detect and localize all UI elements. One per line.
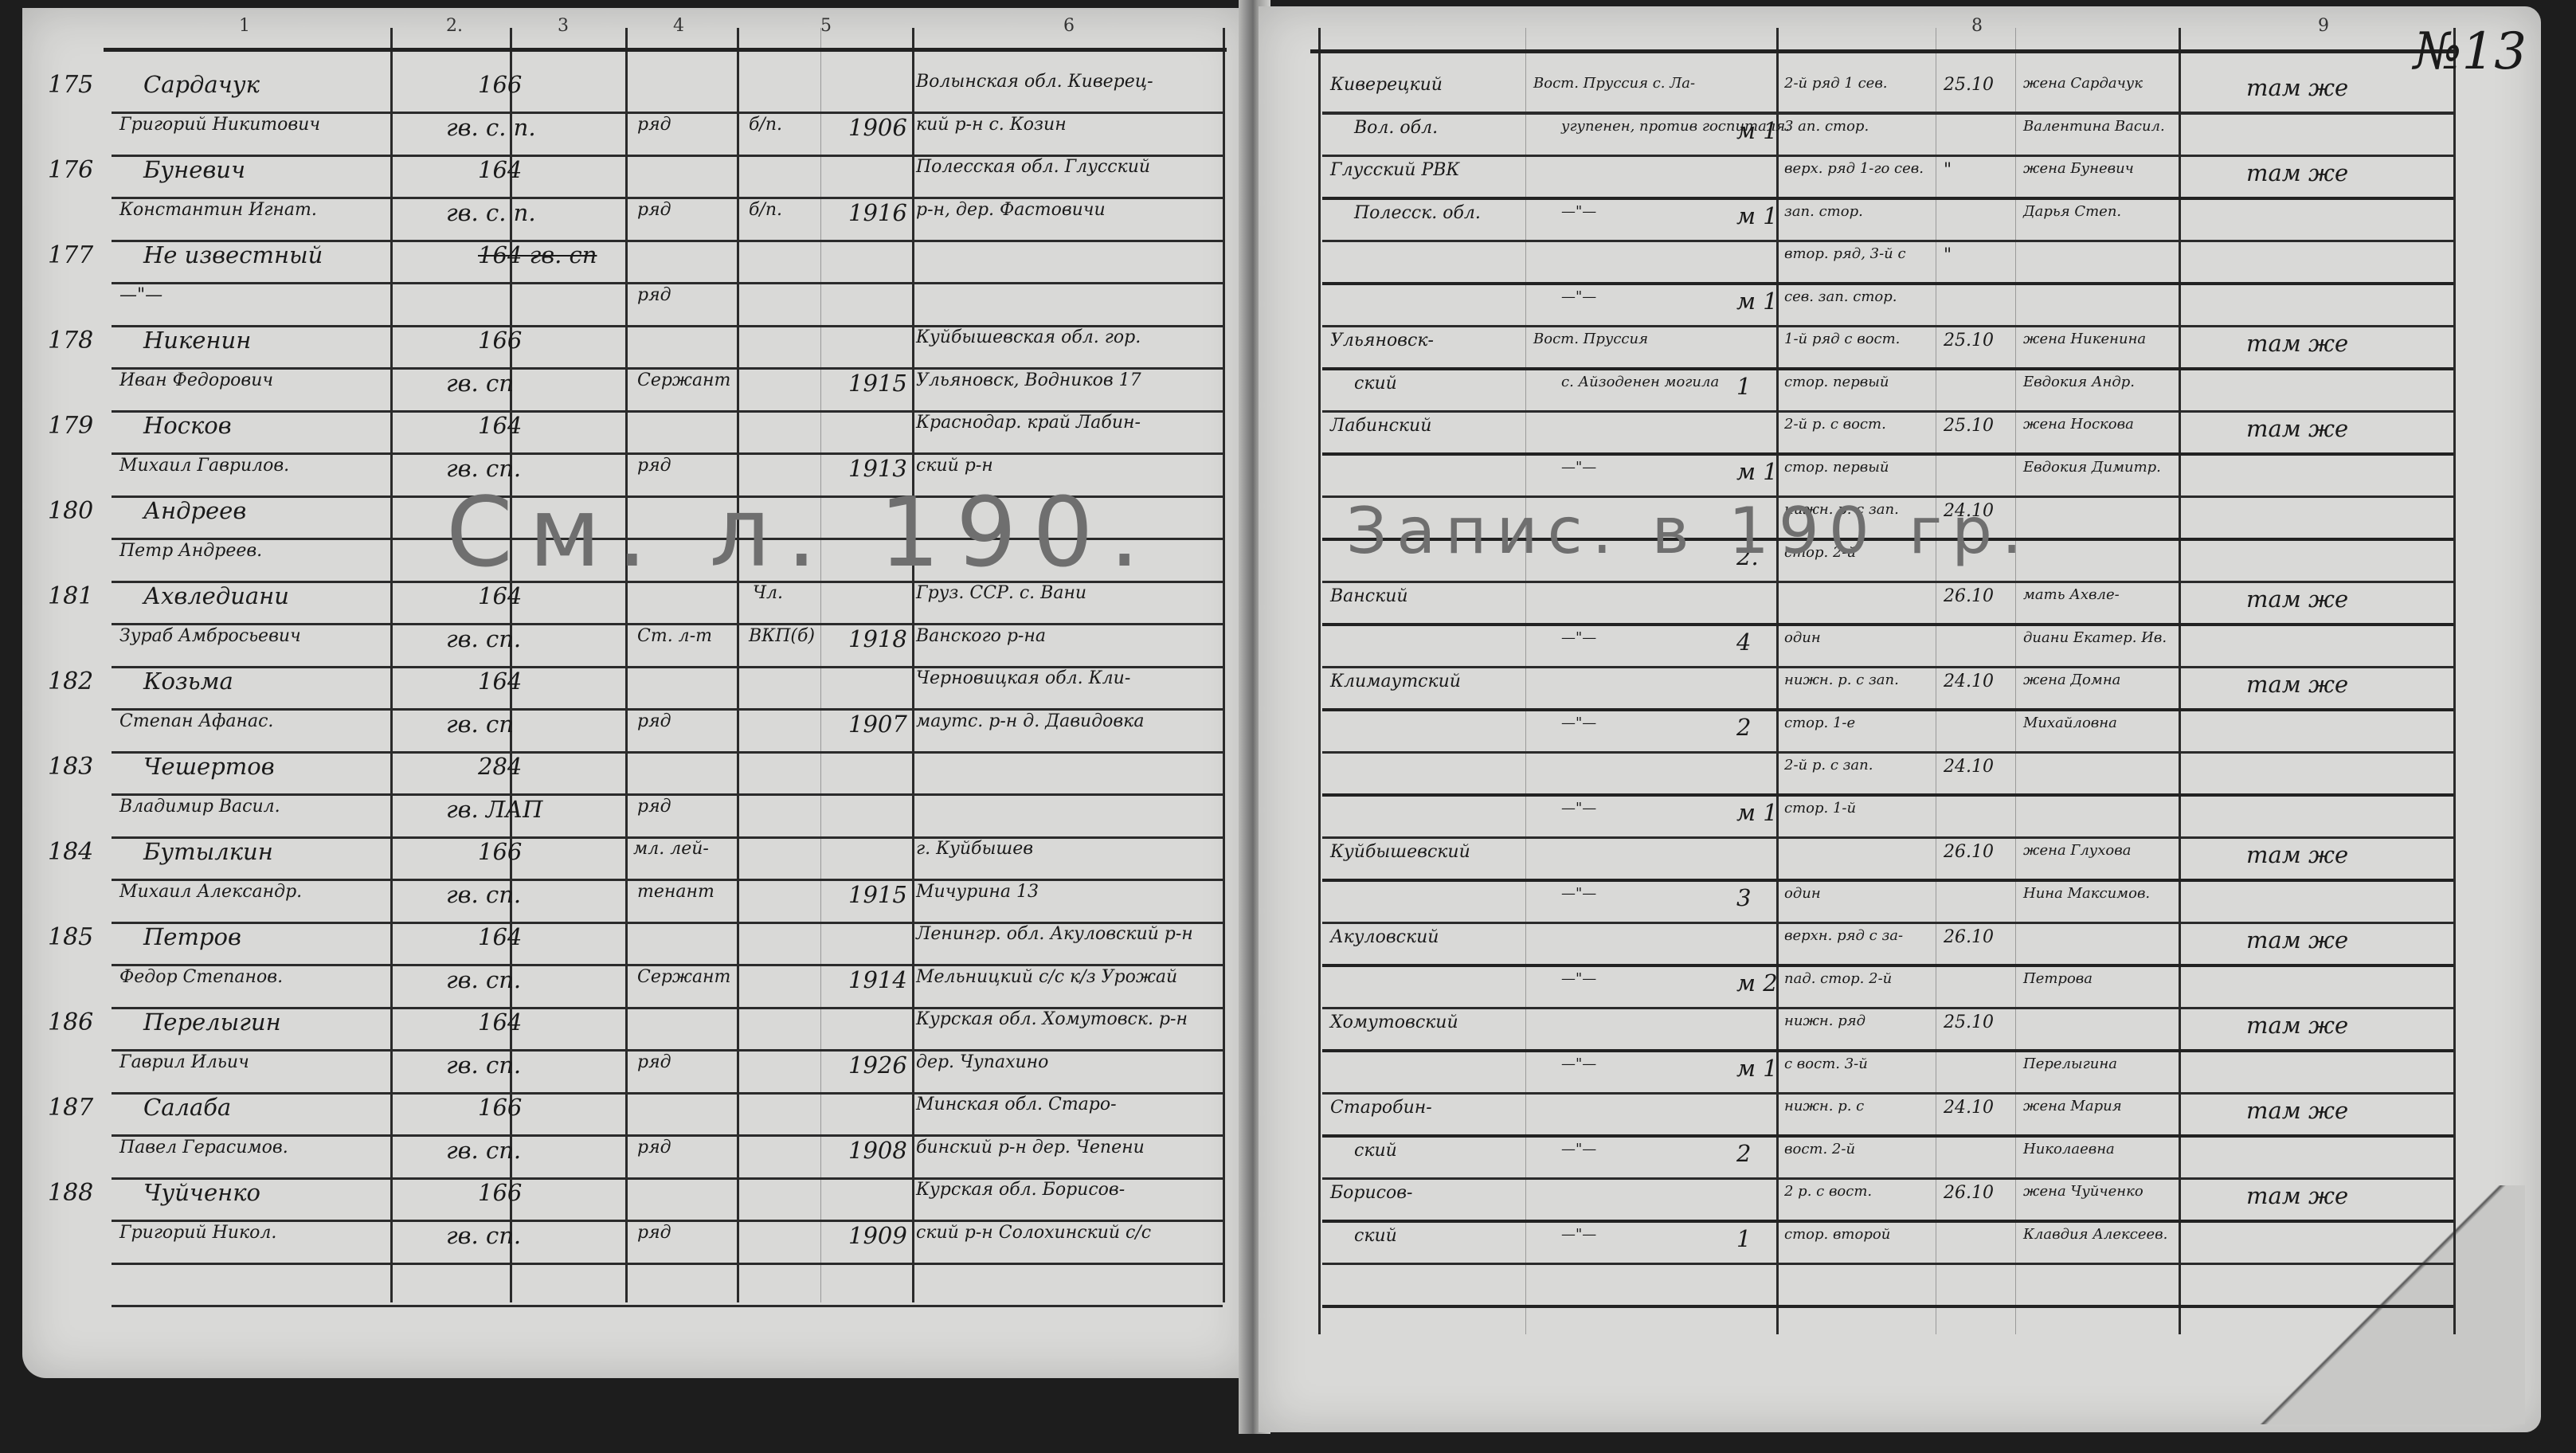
- unit-number: 164: [478, 670, 522, 693]
- military-commissariat: Климаутский: [1330, 673, 1461, 691]
- next-of-kin-line-1: жена Никенина: [2023, 332, 2146, 347]
- grave-number: 1: [1736, 375, 1751, 398]
- grave-number: 2: [1736, 716, 1751, 739]
- unit-number: 166: [478, 1181, 522, 1204]
- row-rule: [112, 751, 1223, 754]
- birth-year: 1908: [848, 1139, 907, 1162]
- burial-place-line-2: —"—: [1561, 631, 1596, 645]
- birthplace-line-2: Мичурина 13: [916, 883, 1039, 901]
- next-of-kin-line-1: жена Чуйченко: [2023, 1185, 2143, 1199]
- military-rank: ряд: [637, 713, 671, 730]
- grave-row-line-1: верх. ряд 1-го сев.: [1784, 162, 1924, 176]
- column-subdivider: [1936, 28, 1936, 1334]
- record-number: 183: [48, 755, 93, 779]
- military-rank: ряд: [637, 457, 671, 475]
- grave-row-line-1: 1-й ряд с вост.: [1784, 332, 1900, 347]
- record-number: 179: [48, 414, 93, 438]
- grave-row-line-1: верхн. ряд с за-: [1784, 929, 1903, 943]
- military-commissariat: Акуловский: [1330, 929, 1439, 946]
- next-of-kin-line-1: жена Мария: [2023, 1099, 2122, 1114]
- birth-year: 1926: [848, 1054, 907, 1077]
- party-membership: ВКП(б): [749, 628, 815, 645]
- next-of-kin-line-1: жена Сардачук: [2023, 76, 2143, 91]
- unit-type: гв. с. п.: [446, 202, 536, 225]
- record-number: 182: [48, 670, 93, 694]
- next-of-kin-line-2: Клавдия Алексеев.: [2023, 1228, 2167, 1242]
- record-number: 185: [48, 926, 93, 950]
- column-divider: [2453, 28, 2456, 1334]
- surname: Козьма: [143, 670, 233, 693]
- military-rank: тенант: [637, 883, 714, 901]
- row-rule: [1322, 1220, 2453, 1223]
- military-rank: Сержант: [637, 969, 730, 986]
- row-rule: [1322, 666, 2453, 668]
- commissariat-line-2: Вол. обл.: [1354, 119, 1438, 137]
- burial-place-line-2: —"—: [1561, 460, 1596, 475]
- row-rule: [1322, 836, 2453, 839]
- unit-number: 166: [478, 840, 522, 864]
- row-rule: [1322, 751, 2453, 754]
- military-commissariat: Лабинский: [1330, 417, 1431, 435]
- next-of-kin-line-1: жена Домна: [2023, 673, 2120, 687]
- burial-place-line-2: —"—: [1561, 290, 1596, 304]
- column-divider: [1318, 28, 1321, 1334]
- burial-place-line-2: —"—: [1561, 972, 1596, 986]
- birthplace-line-2: дер. Чупахино: [916, 1054, 1048, 1071]
- birth-year: 1914: [848, 969, 907, 992]
- grave-row-line-2: стор. второй: [1784, 1228, 1890, 1242]
- next-of-kin-line-2: Перелыгина: [2023, 1057, 2117, 1071]
- birth-year: 1915: [848, 372, 907, 395]
- unit-number: 164: [478, 159, 522, 182]
- unit-type: гв. ЛАП: [446, 798, 542, 821]
- row-rule: [112, 367, 1223, 370]
- remarks: там же: [2246, 588, 2348, 611]
- burial-place-line-1: Вост. Пруссия с. Ла-: [1533, 76, 1695, 91]
- row-rule: [112, 112, 1223, 114]
- burial-date: 24.10: [1944, 758, 1994, 776]
- unit-type: гв. сп.: [446, 969, 521, 992]
- surname: Чуйченко: [143, 1181, 260, 1204]
- grave-row-line-2: зап. стор.: [1784, 205, 1863, 219]
- column-header-number: 8: [1971, 16, 1983, 36]
- next-of-kin-line-2: Дарья Степ.: [2023, 205, 2121, 219]
- grave-number: м 1: [1736, 1057, 1778, 1080]
- grave-row-line-1: втор. ряд, 3-й с: [1784, 247, 1906, 261]
- row-rule: [1322, 282, 2453, 285]
- given-name-patronymic: —"—: [119, 287, 162, 304]
- birth-year: 1907: [848, 713, 907, 736]
- birthplace-line-1: Минская обл. Старо-: [916, 1096, 1117, 1114]
- surname: Носков: [143, 414, 232, 437]
- column-divider: [2179, 28, 2181, 1334]
- grave-row-line-1: 2-й р. с вост.: [1784, 417, 1886, 432]
- surname: Не известный: [143, 244, 323, 267]
- row-rule: [112, 282, 1223, 284]
- row-rule: [112, 623, 1223, 625]
- grave-row-line-2: стор. первый: [1784, 375, 1889, 390]
- header-rule: [1310, 49, 2457, 53]
- unit-type: гв. сп.: [446, 1139, 521, 1162]
- row-rule: [1322, 1092, 2453, 1095]
- grave-row-line-1: 2-й р. с зап.: [1784, 758, 1873, 773]
- birth-year: 1909: [848, 1224, 907, 1247]
- row-rule: [112, 197, 1223, 199]
- grave-row-line-1: 2 р. с вост.: [1784, 1185, 1872, 1199]
- unit-number: 166: [478, 73, 522, 96]
- row-rule: [1322, 708, 2453, 711]
- military-rank: ряд: [637, 1054, 671, 1071]
- burial-date: 26.10: [1944, 929, 1994, 946]
- unit-number: 164 гв. сп: [478, 244, 597, 267]
- grave-row-line-2: один: [1784, 887, 1821, 901]
- given-name-patronymic: Константин Игнат.: [119, 202, 317, 219]
- next-of-kin-line-2: Евдокия Андр.: [2023, 375, 2135, 390]
- remarks: там же: [2246, 673, 2348, 696]
- military-rank: ряд: [637, 1139, 671, 1157]
- grave-row-line-2: с вост. 3-й: [1784, 1057, 1868, 1071]
- birthplace-line-2: Мельницкий с/с к/з Урожай: [916, 969, 1177, 986]
- grave-number: м 1: [1736, 460, 1778, 484]
- unit-type: гв. сп: [446, 372, 514, 395]
- grave-row-line-2: пад. стор. 2-й: [1784, 972, 1892, 986]
- record-number: 177: [48, 244, 93, 268]
- row-rule: [1322, 1177, 2453, 1180]
- grave-number: 2: [1736, 1142, 1751, 1165]
- grave-number: м 1: [1736, 119, 1778, 143]
- column-subdivider: [2015, 28, 2016, 1334]
- burial-date: 25.10: [1944, 332, 1994, 350]
- pencil-crossref-note: См. л. 190.: [446, 478, 1156, 589]
- birthplace-line-1: Куйбышевская обл. гор.: [916, 329, 1141, 347]
- next-of-kin-line-2: Евдокия Димитр.: [2023, 460, 2161, 475]
- unit-number: 164: [478, 926, 522, 949]
- birth-year: 1918: [848, 628, 907, 651]
- birthplace-line-2: р-н, дер. Фастовичи: [916, 202, 1106, 219]
- burial-date: 26.10: [1944, 1185, 1994, 1202]
- grave-row-line-1: нижн. ряд: [1784, 1014, 1865, 1028]
- burial-place-line-2: —"—: [1561, 1057, 1596, 1071]
- given-name-patronymic: Степан Афанас.: [119, 713, 273, 730]
- unit-number: 164: [478, 414, 522, 437]
- grave-row-line-2: стор. первый: [1784, 460, 1889, 475]
- grave-row-line-2: сев. зап. стор.: [1784, 290, 1897, 304]
- grave-row-line-1: 2-й ряд 1 сев.: [1784, 76, 1888, 91]
- surname: Буневич: [143, 159, 245, 182]
- birthplace-line-2: ский р-н: [916, 457, 993, 475]
- unit-number: 164: [478, 1011, 522, 1034]
- burial-date: 25.10: [1944, 1014, 1994, 1032]
- surname: Чешертов: [143, 755, 275, 778]
- commissariat-line-2: ский: [1354, 1142, 1397, 1160]
- birthplace-line-1: Ленингр. обл. Акуловский р-н: [916, 926, 1193, 943]
- surname: Петров: [143, 926, 241, 949]
- column-header-number: 2.: [446, 16, 463, 36]
- given-name-patronymic: Гаврил Ильич: [119, 1054, 249, 1071]
- grave-row-line-2: стор. 1-е: [1784, 716, 1855, 730]
- given-name-patronymic: Григорий Никол.: [119, 1224, 276, 1242]
- birthplace-line-1: Полесская обл. Глусский: [916, 159, 1150, 176]
- unit-number: 284: [478, 755, 522, 778]
- remarks: там же: [2246, 1099, 2348, 1122]
- column-header-number: 6: [1063, 16, 1075, 36]
- burial-place-line-2: —"—: [1561, 1142, 1596, 1157]
- record-number: 184: [48, 840, 93, 864]
- column-subdivider: [1525, 28, 1526, 1334]
- rank-line-1: мл. лей-: [633, 840, 709, 858]
- surname: Перелыгин: [143, 1011, 281, 1034]
- given-name-patronymic: Григорий Никитович: [119, 116, 320, 134]
- row-rule: [1322, 922, 2453, 924]
- party-membership: б/п.: [749, 116, 782, 134]
- row-rule: [1322, 452, 2453, 456]
- given-name-patronymic: Михаил Александр.: [119, 883, 302, 901]
- given-name-patronymic: Зураб Амбросьевич: [119, 628, 301, 645]
- military-commissariat: Старобин-: [1330, 1099, 1432, 1117]
- birthplace-line-2: кий р-н с. Козин: [916, 116, 1067, 134]
- military-commissariat: Хомутовский: [1330, 1014, 1458, 1032]
- birth-year: 1906: [848, 116, 907, 139]
- military-commissariat: Борисов-: [1330, 1185, 1412, 1202]
- row-rule: [1322, 367, 2453, 370]
- next-of-kin-line-1: жена Глухова: [2023, 844, 2131, 858]
- row-rule: [1322, 112, 2453, 115]
- birthplace-line-2: бинский р-н дер. Чепени: [916, 1139, 1145, 1157]
- birthplace-line-1: Черновицкая обл. Кли-: [916, 670, 1130, 687]
- remarks: там же: [2246, 332, 2348, 355]
- given-name-patronymic: Михаил Гаврилов.: [119, 457, 289, 475]
- next-of-kin-line-2: Николаевна: [2023, 1142, 2115, 1157]
- grave-row-line-2: один: [1784, 631, 1821, 645]
- row-rule: [1322, 1263, 2453, 1265]
- birth-year: 1915: [848, 883, 907, 907]
- row-rule: [1322, 240, 2453, 242]
- unit-number: 166: [478, 329, 522, 352]
- military-commissariat: Куйбышевский: [1330, 844, 1470, 861]
- grave-number: м 2: [1736, 972, 1778, 995]
- birthplace-line-1: Курская обл. Борисов-: [916, 1181, 1125, 1199]
- burial-date: 24.10: [1944, 673, 1994, 691]
- birthplace-line-1: Краснодар. край Лабин-: [916, 414, 1141, 432]
- burial-place-line-2: —"—: [1561, 801, 1596, 816]
- grave-number: 1: [1736, 1228, 1751, 1251]
- row-rule: [112, 1134, 1223, 1137]
- burial-place-line-2: —"—: [1561, 1228, 1596, 1242]
- grave-number: м 1: [1736, 290, 1778, 313]
- row-rule: [1322, 879, 2453, 882]
- row-rule: [1322, 793, 2453, 797]
- surname: Никенин: [143, 329, 251, 352]
- birthplace-line-2: маутс. р-н д. Давидовка: [916, 713, 1144, 730]
- birthplace-line-2: Ванского р-на: [916, 628, 1046, 645]
- burial-date: 26.10: [1944, 588, 1994, 605]
- next-of-kin-line-2: Валентина Васил.: [2023, 119, 2165, 134]
- header-rule: [104, 48, 1227, 52]
- next-of-kin-line-2: Михайловна: [2023, 716, 2117, 730]
- birthplace-line-1: Волынская обл. Киверец-: [916, 73, 1153, 91]
- birthplace-line-2: Ульяновск, Водников 17: [916, 372, 1141, 390]
- remarks: там же: [2246, 1014, 2348, 1037]
- given-name-patronymic: Павел Герасимов.: [119, 1139, 288, 1157]
- burial-place-line-2: —"—: [1561, 887, 1596, 901]
- column-header-number: 4: [673, 16, 684, 36]
- record-number: 175: [48, 73, 93, 97]
- burial-place-line-2: —"—: [1561, 205, 1596, 219]
- column-divider: [1223, 28, 1225, 1302]
- row-rule: [112, 793, 1223, 796]
- burial-place-line-2: —"—: [1561, 716, 1596, 730]
- grave-row-line-1: нижн. р. с зап.: [1784, 673, 1899, 687]
- row-rule: [112, 964, 1223, 966]
- next-of-kin-line-1: жена Буневич: [2023, 162, 2134, 176]
- military-rank: Сержант: [637, 372, 730, 390]
- row-rule: [1322, 623, 2453, 626]
- grave-row-line-2: стор. 1-й: [1784, 801, 1856, 816]
- grave-number: 3: [1736, 887, 1751, 910]
- grave-row-line-2: вост. 2-й: [1784, 1142, 1855, 1157]
- military-rank: ряд: [637, 798, 671, 816]
- given-name-patronymic: Иван Федорович: [119, 372, 273, 390]
- surname: Салаба: [143, 1096, 231, 1119]
- birth-year: 1916: [848, 202, 907, 225]
- row-rule: [112, 1305, 1223, 1307]
- row-rule: [112, 879, 1223, 881]
- column-header-number: 3: [558, 16, 569, 36]
- party-membership: б/п.: [749, 202, 782, 219]
- unit-number: 166: [478, 1096, 522, 1119]
- burial-date: 24.10: [1944, 1099, 1994, 1117]
- burial-place-line-1: Вост. Пруссия: [1533, 332, 1648, 347]
- military-commissariat: Киверецкий: [1330, 76, 1443, 94]
- row-rule: [1322, 197, 2453, 200]
- military-rank: ряд: [637, 202, 671, 219]
- next-of-kin-line-2: Петрова: [2023, 972, 2093, 986]
- page-number: №13: [2414, 22, 2527, 81]
- military-rank: Ст. л-т: [637, 628, 712, 645]
- row-rule: [1322, 964, 2453, 967]
- column-header-number: 9: [2318, 16, 2329, 36]
- row-rule: [1322, 1305, 2453, 1308]
- commissariat-line-2: ский: [1354, 1228, 1397, 1245]
- record-number: 176: [48, 159, 93, 182]
- birthplace-line-2: ский р-н Солохинский с/с: [916, 1224, 1151, 1242]
- unit-type: гв. сп.: [446, 457, 521, 480]
- birthplace-line-1: Курская обл. Хомутовск. р-н: [916, 1011, 1188, 1028]
- row-rule: [112, 708, 1223, 711]
- next-of-kin-line-2: диани Екатер. Ив.: [2023, 631, 2167, 645]
- burial-date: 25.10: [1944, 76, 1994, 94]
- row-rule: [1322, 1134, 2453, 1138]
- surname: Бутылкин: [143, 840, 273, 864]
- military-rank: ряд: [637, 1224, 671, 1242]
- given-name-patronymic: Федор Степанов.: [119, 969, 283, 986]
- row-rule: [1322, 325, 2453, 327]
- record-number: 181: [48, 585, 93, 609]
- unit-type: гв. сп.: [446, 1224, 521, 1247]
- row-rule: [112, 1263, 1223, 1265]
- row-rule: [1322, 410, 2453, 413]
- next-of-kin-line-2: Нина Максимов.: [2023, 887, 2150, 901]
- unit-type: гв. сп: [446, 713, 514, 736]
- column-header-number: 1: [239, 16, 250, 36]
- row-rule: [1322, 581, 2453, 583]
- remarks: там же: [2246, 929, 2348, 952]
- row-rule: [1322, 1049, 2453, 1052]
- remarks: там же: [2246, 417, 2348, 441]
- military-rank: ряд: [637, 116, 671, 134]
- military-commissariat: Глусский РВК: [1330, 162, 1459, 179]
- row-rule: [1322, 1007, 2453, 1009]
- burial-date: ": [1944, 162, 1952, 179]
- remarks: там же: [2246, 162, 2348, 185]
- surname: Ахвледиани: [143, 585, 289, 608]
- unit-type: гв. с. п.: [446, 116, 536, 139]
- grave-number: м 1: [1736, 801, 1778, 824]
- given-name-patronymic: Петр Андреев.: [119, 542, 262, 560]
- record-number: 180: [48, 499, 93, 523]
- commissariat-line-2: ский: [1354, 375, 1397, 393]
- record-number: 186: [48, 1011, 93, 1035]
- next-of-kin-line-1: жена Носкова: [2023, 417, 2134, 432]
- unit-type: гв. сп.: [446, 628, 521, 651]
- record-number: 187: [48, 1096, 93, 1120]
- military-rank: ряд: [637, 287, 671, 304]
- military-commissariat: Ульяновск-: [1330, 332, 1434, 350]
- remarks: там же: [2246, 844, 2348, 867]
- unit-type: гв. сп.: [446, 1054, 521, 1077]
- military-commissariat: Ванский: [1330, 588, 1408, 605]
- burial-place-line-2: с. Айзоденен могила: [1561, 375, 1719, 390]
- birthplace-line-1: г. Куйбышев: [916, 840, 1033, 858]
- row-rule: [1322, 155, 2453, 157]
- row-rule: [112, 452, 1223, 455]
- row-rule: [112, 1049, 1223, 1052]
- column-header-number: 5: [820, 16, 832, 36]
- remarks: там же: [2246, 1185, 2348, 1208]
- grave-number: м 1: [1736, 205, 1778, 228]
- unit-type: гв. сп.: [446, 883, 521, 907]
- given-name-patronymic: Владимир Васил.: [119, 798, 280, 816]
- surname: Андреев: [143, 499, 246, 523]
- burial-date: 25.10: [1944, 417, 1994, 435]
- grave-row-line-2: 3 ап. стор.: [1784, 119, 1869, 134]
- row-rule: [112, 1220, 1223, 1222]
- commissariat-line-2: Полесск. обл.: [1354, 205, 1481, 222]
- record-number: 188: [48, 1181, 93, 1205]
- surname: Сардачук: [143, 73, 260, 96]
- next-of-kin-line-1: мать Ахвле-: [2023, 588, 2120, 602]
- burial-date: 26.10: [1944, 844, 1994, 861]
- burial-date: ": [1944, 247, 1952, 264]
- remarks: там же: [2246, 76, 2348, 100]
- grave-row-line-1: нижн. р. с: [1784, 1099, 1864, 1114]
- grave-number: 4: [1736, 631, 1751, 654]
- pencil-note-right: Запис. в 190 гр.: [1346, 494, 2031, 568]
- record-number: 178: [48, 329, 93, 353]
- birth-year: 1913: [848, 457, 907, 480]
